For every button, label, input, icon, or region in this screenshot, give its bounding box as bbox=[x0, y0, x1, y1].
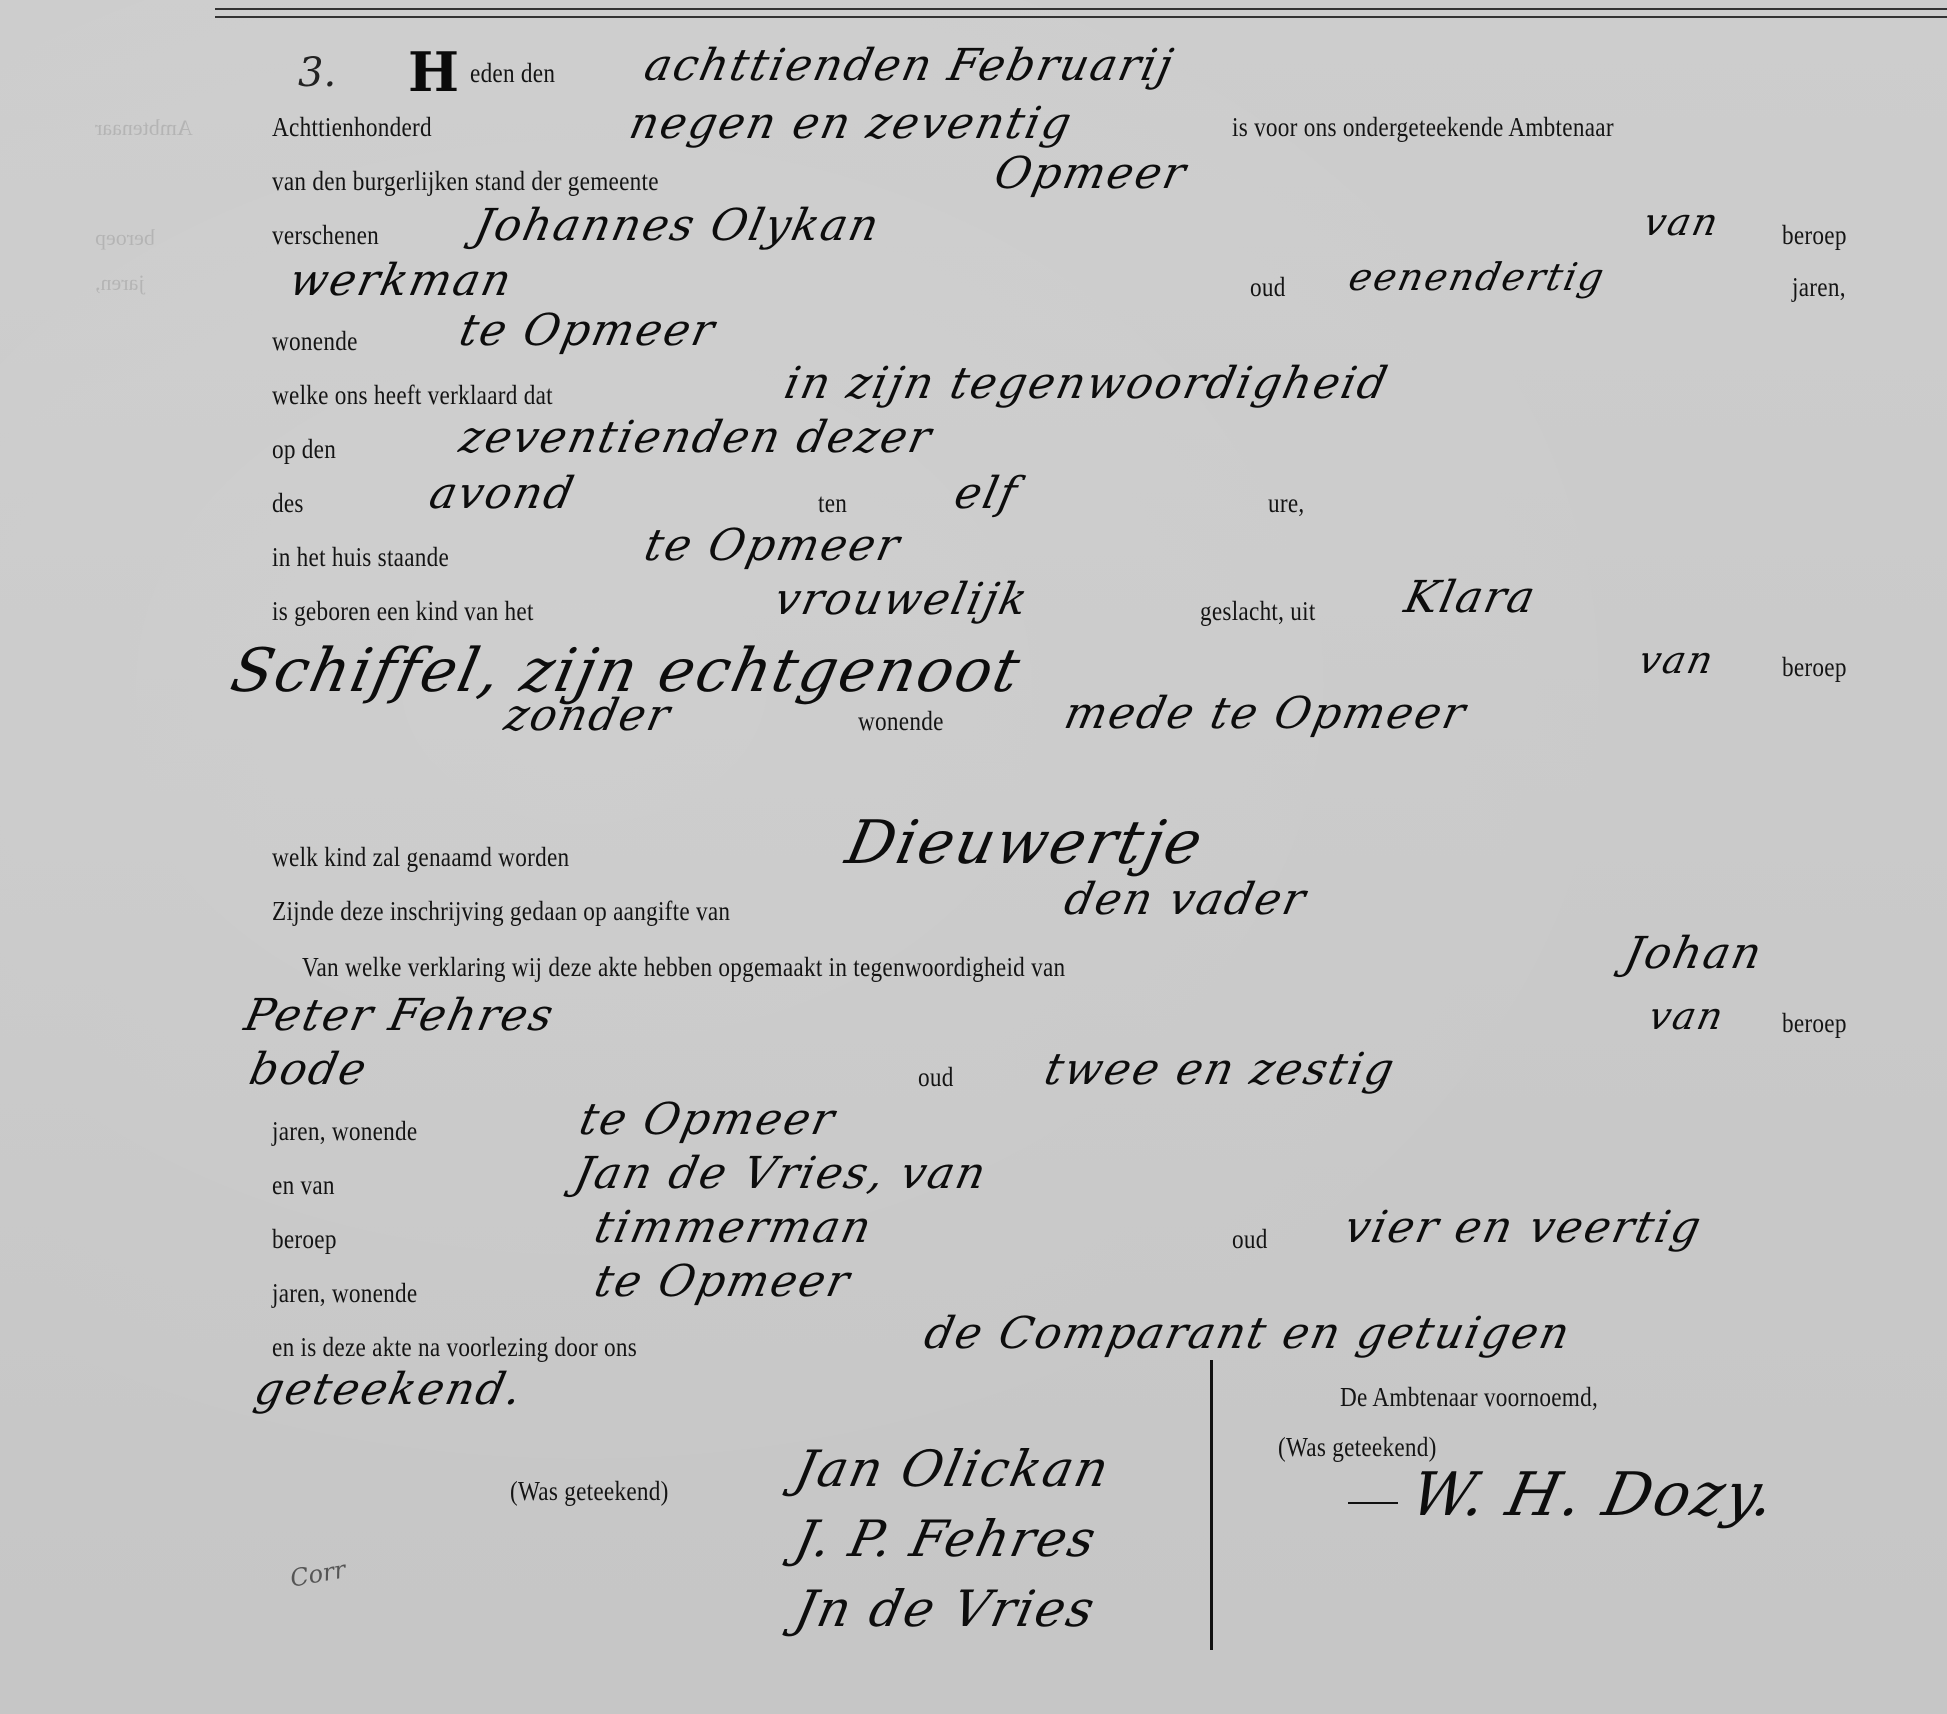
printed-text: ure, bbox=[1268, 488, 1304, 519]
handwritten-mother-occupation: zonder bbox=[500, 690, 676, 741]
bleed-through-text: Ambtenaar bbox=[95, 115, 193, 141]
handwritten-father-name: Johannes Olykan bbox=[470, 200, 885, 251]
printed-text: Zijnde deze inschrijving gedaan op aangi… bbox=[272, 896, 730, 927]
printed-text: beroep bbox=[1782, 652, 1847, 683]
handwritten-text: van bbox=[1645, 994, 1729, 1038]
handwritten-hour: elf bbox=[950, 468, 1023, 519]
handwritten-witness1-age: twee en zestig bbox=[1040, 1044, 1400, 1095]
handwritten-signatories: de Comparant en getuigen bbox=[920, 1308, 1576, 1359]
was-signed-label: (Was geteekend) bbox=[1278, 1432, 1437, 1463]
initial-letter: H bbox=[408, 40, 459, 104]
printed-text: oud bbox=[918, 1062, 954, 1093]
printed-text: oud bbox=[1250, 272, 1286, 303]
entry-number: 3. bbox=[298, 50, 336, 96]
handwritten-residence: te Opmeer bbox=[455, 305, 721, 356]
handwritten-text: geteekend. bbox=[250, 1364, 528, 1415]
official-label: De Ambtenaar voornoemd, bbox=[1340, 1382, 1598, 1413]
printed-text: beroep bbox=[1782, 1008, 1847, 1039]
printed-text: Achttienhonderd bbox=[272, 112, 432, 143]
handwritten-witness2-occupation: timmerman bbox=[590, 1202, 877, 1253]
printed-text: wonende bbox=[272, 326, 358, 357]
official-signature: W. H. Dozy. bbox=[1405, 1460, 1783, 1530]
printed-text: in het huis staande bbox=[272, 542, 449, 573]
signature-bracket bbox=[1210, 1360, 1213, 1650]
printed-text: jaren, wonende bbox=[272, 1278, 417, 1309]
handwritten-text: van bbox=[1640, 200, 1724, 244]
handwritten-year: negen en zeventig bbox=[625, 98, 1077, 149]
header-rule bbox=[215, 16, 1947, 18]
printed-text: is geboren een kind van het bbox=[272, 596, 534, 627]
handwritten-text: van bbox=[1635, 638, 1719, 682]
printed-text: geslacht, uit bbox=[1200, 596, 1316, 627]
printed-text: beroep bbox=[1782, 220, 1847, 251]
printed-text: en is deze akte na voorlezing door ons bbox=[272, 1332, 637, 1363]
printed-text: jaren, wonende bbox=[272, 1116, 417, 1147]
printed-text: jaren, bbox=[1792, 272, 1846, 303]
handwritten-witness1-name: Peter Fehres bbox=[240, 990, 559, 1041]
handwritten-time-of-day: avond bbox=[425, 468, 580, 519]
handwritten-mother-residence: mede te Opmeer bbox=[1060, 688, 1472, 739]
printed-text: oud bbox=[1232, 1224, 1268, 1255]
printed-text: des bbox=[272, 488, 304, 519]
signature-flourish bbox=[1348, 1502, 1398, 1504]
printed-text: beroep bbox=[272, 1224, 337, 1255]
handwritten-witness2-name: Jan de Vries, van bbox=[570, 1148, 992, 1199]
witness-signature: Jn de Vries bbox=[790, 1580, 1101, 1638]
was-signed-label: (Was geteekend) bbox=[510, 1476, 669, 1507]
bleed-through-text: beroep bbox=[95, 225, 155, 251]
handwritten-child-name: Dieuwertje bbox=[840, 808, 1210, 878]
handwritten-birthplace: te Opmeer bbox=[640, 520, 906, 571]
printed-text: verschenen bbox=[272, 220, 379, 251]
handwritten-witness2-residence: te Opmeer bbox=[590, 1256, 856, 1307]
printed-text: is voor ons ondergeteekende Ambtenaar bbox=[1232, 112, 1614, 143]
bleed-through-text: jaren, bbox=[95, 270, 144, 296]
handwritten-sex: vrouwelijk bbox=[770, 574, 1034, 625]
printed-text: en van bbox=[272, 1170, 335, 1201]
printed-text: eden den bbox=[470, 58, 555, 89]
handwritten-witness1-first: Johan bbox=[1620, 928, 1768, 979]
handwritten-date: achttienden Februarij bbox=[640, 40, 1179, 91]
witness-signature: J. P. Fehres bbox=[790, 1510, 1102, 1568]
handwritten-municipality: Opmeer bbox=[990, 148, 1192, 199]
handwritten-occupation: werkman bbox=[285, 255, 518, 306]
handwritten-birth-day: zeventienden dezer bbox=[455, 412, 937, 463]
printed-text: Van welke verklaring wij deze akte hebbe… bbox=[302, 952, 1065, 983]
handwritten-informant: den vader bbox=[1060, 874, 1312, 925]
handwritten-witness1-residence: te Opmeer bbox=[575, 1094, 841, 1145]
printed-text: ten bbox=[818, 488, 847, 519]
printed-text: welke ons heeft verklaard dat bbox=[272, 380, 553, 411]
printed-text: welk kind zal genaamd worden bbox=[272, 842, 569, 873]
header-rule bbox=[215, 8, 1947, 10]
witness-signature: Jan Olickan bbox=[790, 1440, 1116, 1498]
handwritten-mother-first-name: Klara bbox=[1400, 572, 1541, 623]
handwritten-text: in zijn tegenwoordigheid bbox=[780, 358, 1393, 409]
printed-text: van den burgerlijken stand der gemeente bbox=[272, 166, 659, 197]
handwritten-age: eenendertig bbox=[1345, 255, 1609, 299]
handwritten-witness1-occupation: bode bbox=[245, 1044, 373, 1095]
handwritten-witness2-age: vier en veertig bbox=[1340, 1202, 1707, 1253]
printed-text: op den bbox=[272, 434, 336, 465]
printed-text: wonende bbox=[858, 706, 944, 737]
